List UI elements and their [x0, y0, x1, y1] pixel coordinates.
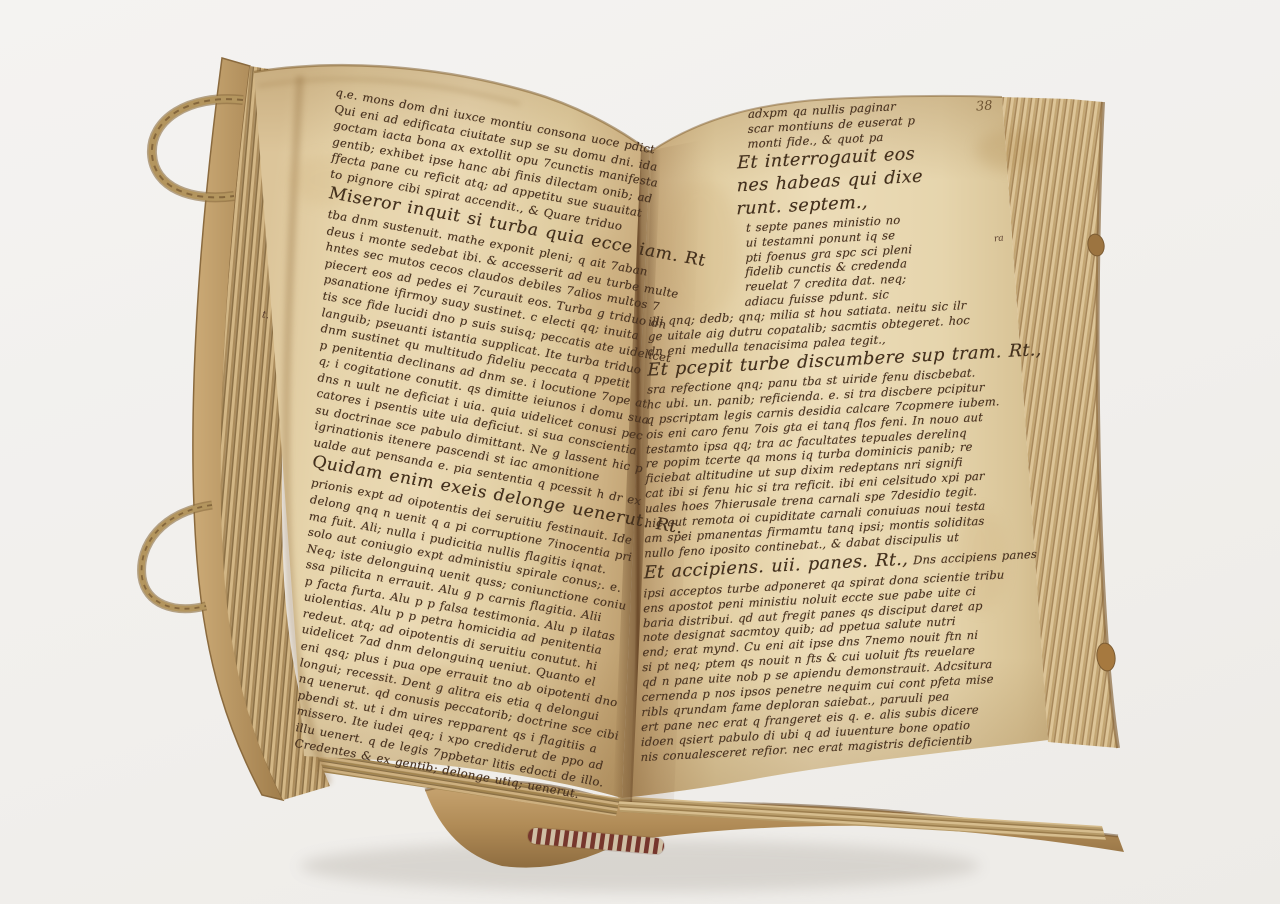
right-page-text: adxpm qa nullis paginarscar montiuns de …: [641, 94, 998, 765]
manuscript-photo: q.e. mons dom dni iuxce montiu consona u…: [0, 0, 1280, 904]
margin-mark-right: ra: [994, 234, 1005, 245]
book-illustration: [0, 0, 1280, 904]
left-page-text: q.e. mons dom dni iuxce montiu consona u…: [294, 84, 637, 806]
folio-number: 38: [975, 98, 993, 114]
endband-outline: [536, 836, 656, 846]
